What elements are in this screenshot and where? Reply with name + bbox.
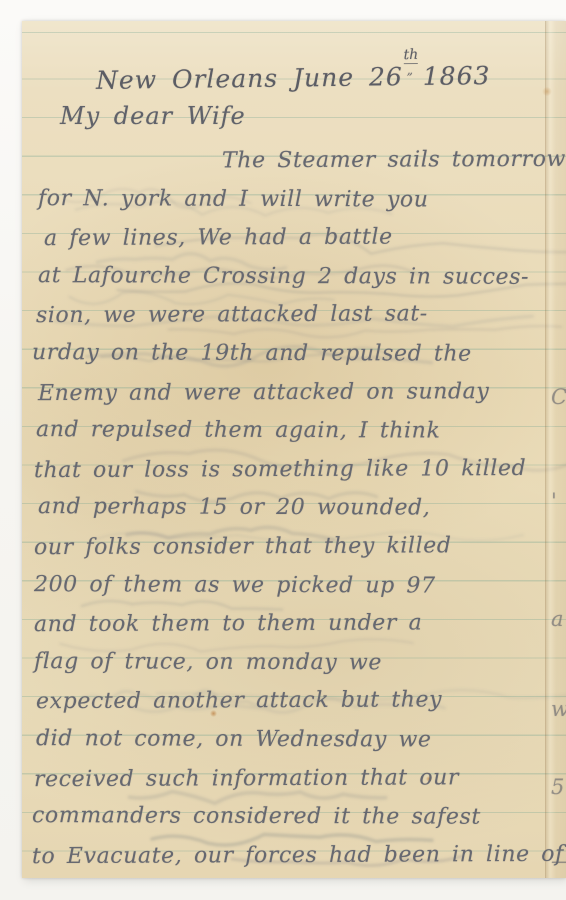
letter-line: flag of truce, on monday we (22, 643, 566, 683)
letter-line: and took them to them under a (22, 604, 566, 645)
letter-line: expected another attack but they (22, 681, 566, 722)
ordinal-mark: th„ (403, 57, 423, 85)
adjacent-page-glyph: w (551, 697, 566, 721)
letter-line: a few lines, We had a battle (22, 218, 566, 259)
adjacent-page-glyph: ' (551, 489, 557, 513)
letter-line: did not come, on Wednesday we (22, 720, 566, 760)
letter-dateline: New Orleans June 26th„1863 (96, 55, 566, 105)
letter-line: Enemy and were attacked on sunday (22, 372, 566, 413)
letter-line: that our loss is something like 10 kille… (22, 450, 566, 491)
letter-line: our folks consider that they killed (22, 527, 566, 568)
adjacent-page-glyph: C (551, 385, 566, 409)
letter-line: commanders considered it the safest (22, 797, 566, 837)
letter-line: and repulsed them again, I think (22, 411, 566, 451)
scanner-background: New Orleans June 26th„1863 My dear Wife … (0, 0, 566, 900)
letter-paper: New Orleans June 26th„1863 My dear Wife … (22, 21, 566, 878)
letter-line: 200 of them as we picked up 97 (22, 566, 566, 606)
letter-body: The Steamer sails tomorrowfor N. york an… (22, 142, 566, 875)
letter-line: to Evacuate, our forces had been in line… (22, 836, 566, 877)
letter-line: and perhaps 15 or 20 wounded, (22, 488, 566, 528)
letter-line: for N. york and I will write you (22, 180, 566, 220)
letter-line: The Steamer sails tomorrow (22, 141, 566, 182)
letter-line: received such information that our (22, 758, 566, 799)
letter-salutation: My dear Wife (60, 102, 566, 142)
dateline-date: June 26 (293, 62, 403, 92)
adjacent-page-glyph: 5 (551, 775, 564, 799)
dateline-year: 1863 (423, 61, 491, 91)
letter-text: New Orleans June 26th„1863 My dear Wife … (22, 21, 566, 878)
letter-line: at Lafourche Crossing 2 days in succes- (22, 257, 566, 297)
adjacent-page-glyph: — (551, 849, 566, 873)
letter-line: urday on the 19th and repulsed the (22, 334, 566, 374)
adjacent-page-glyph: a (551, 607, 564, 631)
letter-line: sion, we were attacked last sat- (22, 295, 566, 336)
dateline-place: New Orleans (96, 64, 278, 95)
